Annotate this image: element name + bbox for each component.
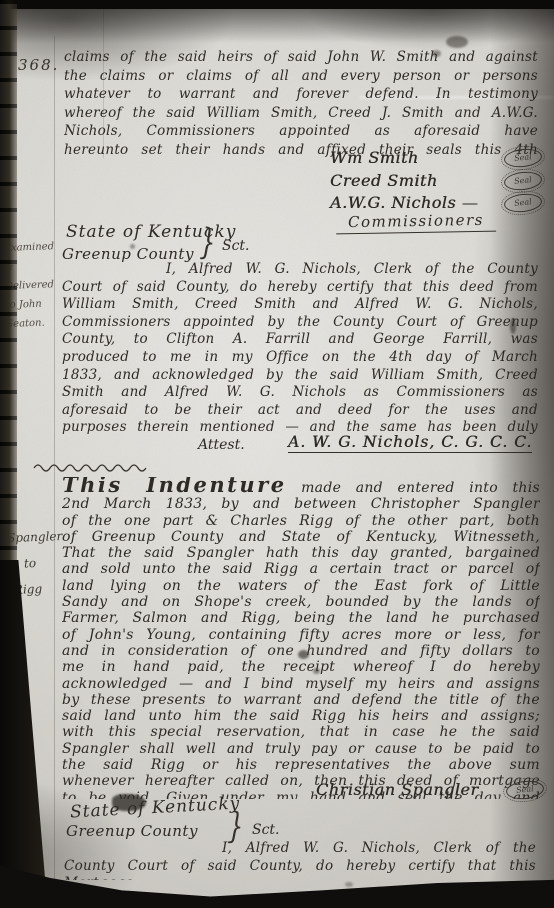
attest-label: Attest. — [198, 437, 245, 453]
sct-abbreviation: Sct. — [222, 238, 250, 254]
signature-caption: Commissioners — [336, 211, 496, 235]
indenture-body-text: made and entered into this 2nd March 183… — [62, 480, 540, 799]
signature-name: Wm Smith — [330, 148, 419, 167]
clerk-certification-paragraph: I, Alfred W. G. Nichols, Clerk of the Co… — [62, 261, 538, 438]
indenture-opening-words: This Indenture — [62, 477, 287, 497]
deed-closing-paragraph: claims of the said heirs of said John W.… — [64, 48, 538, 160]
deed-book-page-scan: 368. claims of the said heirs of said Jo… — [0, 0, 554, 908]
mortgage-certification-paragraph: I, Alfred W. G. Nichols, Clerk of the Co… — [64, 840, 536, 880]
county-heading: Greenup County — [66, 822, 198, 840]
scan-right-vignette — [490, 0, 554, 908]
page-number: 368. — [18, 56, 59, 74]
brace-icon: } — [199, 220, 216, 263]
signature-name: A.W.G. Nichols — — [330, 193, 478, 212]
scan-top-edge — [0, 0, 554, 9]
signature-name: Christian Spangler — [316, 780, 479, 799]
sct-abbreviation: Sct. — [252, 822, 280, 838]
page-content: 368. claims of the said heirs of said Jo… — [0, 0, 554, 908]
flourish-squiggle — [32, 462, 154, 472]
scan-top-shadow — [0, 9, 554, 43]
indenture-paragraph: This Indenture made and entered into thi… — [62, 477, 540, 799]
signature-name: Creed Smith — [330, 171, 438, 190]
